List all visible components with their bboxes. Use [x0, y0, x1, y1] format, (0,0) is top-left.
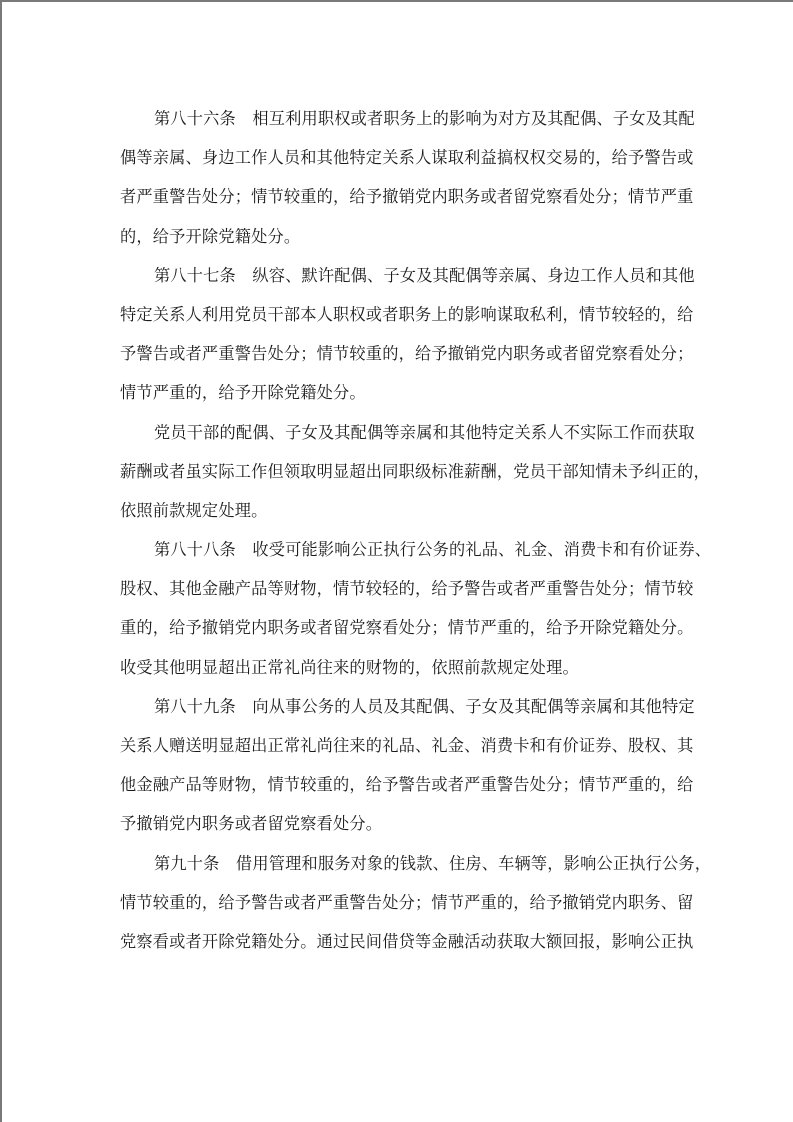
- text-line: 情节较重的，给予警告或者严重警告处分；情节严重的，给予撤销党内职务、留: [120, 890, 676, 929]
- document-body: 第八十六条 相互利用职权或者职务上的影响为对方及其配偶、子女及其配 偶等亲属、身…: [120, 106, 676, 968]
- paragraph-article-89: 第八十九条 向从事公务的人员及其配偶、子女及其配偶等亲属和其他特定 关系人赠送明…: [120, 694, 676, 851]
- text-line: 者严重警告处分；情节较重的，给予撤销党内职务或者留党察看处分；情节严重: [120, 184, 676, 223]
- paragraph-article-88: 第八十八条 收受可能影响公正执行公务的礼品、礼金、消费卡和有价证券、 股权、其他…: [120, 537, 676, 694]
- document-page: 第八十六条 相互利用职权或者职务上的影响为对方及其配偶、子女及其配 偶等亲属、身…: [0, 0, 793, 1122]
- text-line: 第八十九条 向从事公务的人员及其配偶、子女及其配偶等亲属和其他特定: [120, 694, 676, 733]
- text-line: 第九十条 借用管理和服务对象的钱款、住房、车辆等，影响公正执行公务，: [120, 851, 676, 890]
- text-line: 偶等亲属、身边工作人员和其他特定关系人谋取利益搞权权交易的，给予警告或: [120, 145, 676, 184]
- text-line: 特定关系人利用党员干部本人职权或者职务上的影响谋取私利，情节较轻的，给: [120, 302, 676, 341]
- text-line: 党员干部的配偶、子女及其配偶等亲属和其他特定关系人不实际工作而获取: [120, 420, 676, 459]
- text-line: 情节严重的，给予开除党籍处分。: [120, 380, 676, 419]
- text-line: 党察看或者开除党籍处分。通过民间借贷等金融活动获取大额回报，影响公正执: [120, 929, 676, 968]
- text-line: 予撤销党内职务或者留党察看处分。: [120, 811, 676, 850]
- text-line: 依照前款规定处理。: [120, 498, 676, 537]
- paragraph-article-87: 第八十七条 纵容、默许配偶、子女及其配偶等亲属、身边工作人员和其他 特定关系人利…: [120, 263, 676, 420]
- text-line: 重的，给予撤销党内职务或者留党察看处分；情节严重的，给予开除党籍处分。: [120, 615, 676, 654]
- text-line: 他金融产品等财物，情节较重的，给予警告或者严重警告处分；情节严重的，给: [120, 772, 676, 811]
- text-line: 第八十八条 收受可能影响公正执行公务的礼品、礼金、消费卡和有价证券、: [120, 537, 676, 576]
- text-line: 收受其他明显超出正常礼尚往来的财物的，依照前款规定处理。: [120, 655, 676, 694]
- text-line: 第八十六条 相互利用职权或者职务上的影响为对方及其配偶、子女及其配: [120, 106, 676, 145]
- text-line: 第八十七条 纵容、默许配偶、子女及其配偶等亲属、身边工作人员和其他: [120, 263, 676, 302]
- text-line: 予警告或者严重警告处分；情节较重的，给予撤销党内职务或者留党察看处分；: [120, 341, 676, 380]
- text-line: 的，给予开除党籍处分。: [120, 224, 676, 263]
- text-line: 薪酬或者虽实际工作但领取明显超出同职级标准薪酬，党员干部知情未予纠正的，: [120, 459, 676, 498]
- text-line: 关系人赠送明显超出正常礼尚往来的礼品、礼金、消费卡和有价证券、股权、其: [120, 733, 676, 772]
- paragraph-article-86: 第八十六条 相互利用职权或者职务上的影响为对方及其配偶、子女及其配 偶等亲属、身…: [120, 106, 676, 263]
- paragraph-article-87-clause-2: 党员干部的配偶、子女及其配偶等亲属和其他特定关系人不实际工作而获取 薪酬或者虽实…: [120, 420, 676, 538]
- text-line: 股权、其他金融产品等财物，情节较轻的，给予警告或者严重警告处分；情节较: [120, 576, 676, 615]
- paragraph-article-90: 第九十条 借用管理和服务对象的钱款、住房、车辆等，影响公正执行公务， 情节较重的…: [120, 851, 676, 969]
